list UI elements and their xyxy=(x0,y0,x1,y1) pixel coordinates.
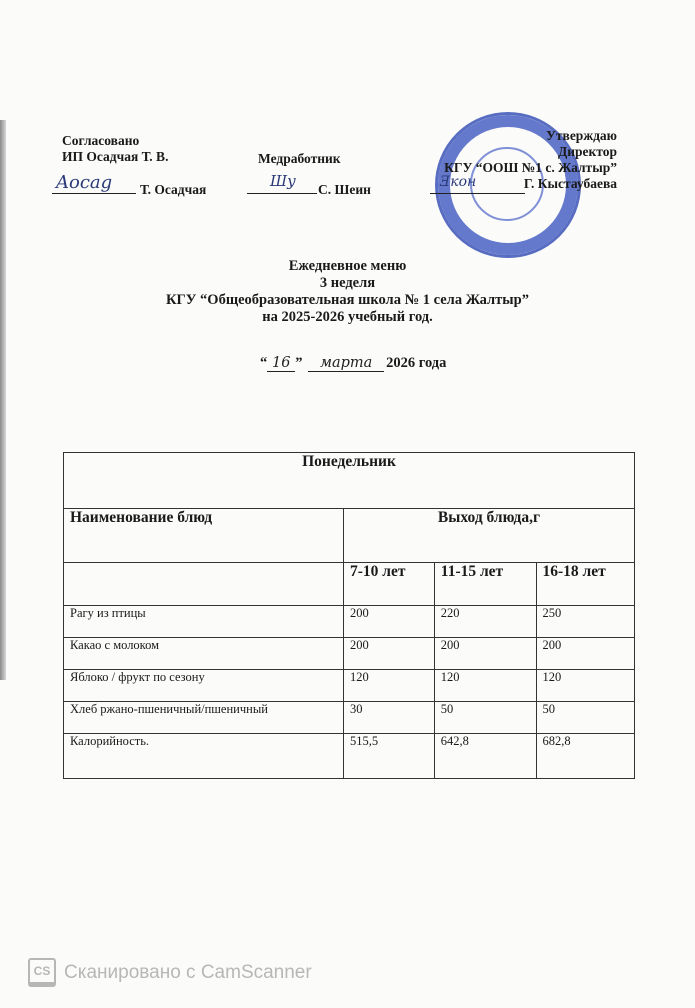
signature-line-right xyxy=(430,193,525,194)
table-row: Яблоко / фрукт по сезону 120 120 120 xyxy=(64,670,635,702)
dish-value: 50 xyxy=(536,702,634,734)
approval-left-line1: Согласовано xyxy=(62,133,168,149)
camscanner-watermark: CS Сканировано с CamScanner xyxy=(28,958,312,987)
approval-right-line2: Директор xyxy=(444,144,617,160)
dish-value: 50 xyxy=(434,702,536,734)
date-month: марта xyxy=(308,355,384,372)
dish-value: 200 xyxy=(344,606,435,638)
camscanner-text: Сканировано с CamScanner xyxy=(64,962,312,984)
title-line2: 3 неделя xyxy=(0,275,695,292)
signature-shein: Шу xyxy=(270,172,296,190)
dish-value: 250 xyxy=(536,606,634,638)
table-row: Какао с молоком 200 200 200 xyxy=(64,638,635,670)
dish-value: 220 xyxy=(434,606,536,638)
title-line4: на 2025-2026 учебный год. xyxy=(0,309,695,326)
dish-value: 30 xyxy=(344,702,435,734)
scan-edge-shadow xyxy=(0,120,6,680)
signature-line-medic xyxy=(247,193,317,194)
approval-left-line2: ИП Осадчая Т. В. xyxy=(62,149,168,165)
approval-right-line1: Утверждаю xyxy=(444,128,617,144)
medic-title: Медработник xyxy=(258,151,341,167)
signature-osadchaya: Aocag xyxy=(56,172,112,193)
table-row: Рагу из птицы 200 220 250 xyxy=(64,606,635,638)
calories-value: 642,8 xyxy=(434,734,536,779)
date-close-quote: ” xyxy=(295,355,302,371)
age-group-2: 11-15 лет xyxy=(434,563,536,606)
title-line3: КГУ “Общеобразовательная школа № 1 села … xyxy=(0,292,695,309)
signer-medic: С. Шеин xyxy=(318,182,371,198)
camscanner-logo-icon: CS xyxy=(28,958,56,987)
menu-table: Понедельник Наименование блюд Выход блюд… xyxy=(63,452,635,779)
date-day: 16 xyxy=(267,355,295,372)
col-dish-name: Наименование блюд xyxy=(64,509,344,563)
calories-value: 682,8 xyxy=(536,734,634,779)
dish-name: Рагу из птицы xyxy=(64,606,344,638)
document-title: Ежедневное меню 3 неделя КГУ “Общеобразо… xyxy=(0,258,695,326)
table-age-row: 7-10 лет 11-15 лет 16-18 лет xyxy=(64,563,635,606)
document-date: “16” марта2026 года xyxy=(260,355,446,372)
dish-value: 200 xyxy=(344,638,435,670)
calories-value: 515,5 xyxy=(344,734,435,779)
signer-left: Т. Осадчая xyxy=(140,182,206,198)
calories-label: Калорийность. xyxy=(64,734,344,779)
dish-value: 200 xyxy=(536,638,634,670)
age-group-3: 16-18 лет xyxy=(536,563,634,606)
day-name: Понедельник xyxy=(64,453,635,509)
signature-line-left xyxy=(52,193,136,194)
table-row: Хлеб ржано-пшеничный/пшеничный 30 50 50 xyxy=(64,702,635,734)
table-row-calories: Калорийность. 515,5 642,8 682,8 xyxy=(64,734,635,779)
date-open-quote: “ xyxy=(260,355,267,371)
dish-value: 120 xyxy=(434,670,536,702)
date-year: 2026 года xyxy=(386,355,446,371)
table-day-row: Понедельник xyxy=(64,453,635,509)
approval-left-block: Согласовано ИП Осадчая Т. В. xyxy=(62,133,168,165)
dish-name: Какао с молоком xyxy=(64,638,344,670)
dish-value: 120 xyxy=(536,670,634,702)
age-empty-cell xyxy=(64,563,344,606)
dish-name: Яблоко / фрукт по сезону xyxy=(64,670,344,702)
title-line1: Ежедневное меню xyxy=(0,258,695,275)
dish-value: 120 xyxy=(344,670,435,702)
table-header-row: Наименование блюд Выход блюда,г xyxy=(64,509,635,563)
age-group-1: 7-10 лет xyxy=(344,563,435,606)
col-yield: Выход блюда,г xyxy=(344,509,635,563)
dish-value: 200 xyxy=(434,638,536,670)
dish-name: Хлеб ржано-пшеничный/пшеничный xyxy=(64,702,344,734)
signature-kystaubaeva: Ǝкон xyxy=(440,174,476,190)
